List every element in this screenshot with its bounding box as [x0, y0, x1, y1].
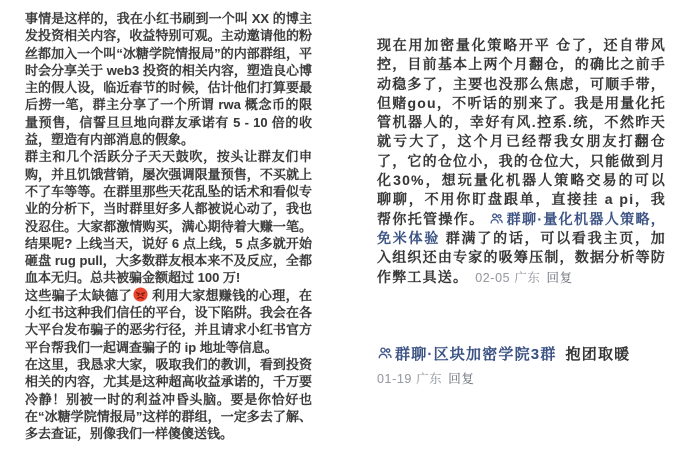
post-paragraph-1: 事情是这样的，我在小红书刷到一个叫 XX 的博主发投资相关内容，收益特别可观。主…	[25, 10, 312, 148]
post-body: 事情是这样的，我在小红书刷到一个叫 XX 的博主发投资相关内容，收益特别可观。主…	[25, 10, 312, 442]
angry-face-emoji	[133, 287, 148, 302]
post-paragraph-2: 群主和几个活跃分子天天鼓吹，按头让群友们申购，并且饥饿营销，屡次强调限量预售，不…	[25, 148, 312, 286]
group-chat-icon	[489, 211, 504, 226]
group-chat-icon	[377, 345, 393, 361]
comment-body-text: 现在用加密量化策略开平 仓了，还自带风控，目前基本上两个月翻仓，的确比之前手动稳…	[377, 37, 666, 227]
comment-suffix-text: 抱团取暖	[566, 346, 631, 363]
post-paragraph-3: 这些骗子太缺德了利用大家想赚钱的心理，在小红书这种我们信任的平台，设下陷阱。我会…	[25, 287, 312, 356]
comment-location: 广东	[514, 271, 540, 285]
comment-meta: 01-19 广东回复	[377, 369, 666, 390]
comment-quant-bot: 现在用加密量化策略开平 仓了，还自带风控，目前基本上两个月翻仓，的确比之前手动稳…	[377, 36, 666, 288]
comment-date: 01-19	[377, 372, 412, 386]
comment-location: 广东	[416, 372, 442, 386]
post-paragraph-3-text-before: 这些骗子太缺德了	[25, 288, 132, 303]
comment-crypto-academy: 群聊·区块加密学院3群抱团取暖 01-19 广东回复	[377, 344, 666, 390]
group-chat-link-crypto-academy[interactable]: 群聊·区块加密学院3群	[377, 346, 557, 363]
comment-date: 02-05	[475, 271, 510, 285]
screenshot-root: 事情是这样的，我在小红书刷到一个叫 XX 的博主发投资相关内容，收益特别可观。主…	[0, 0, 680, 453]
group-chat-link-label: 群聊·区块加密学院3群	[395, 346, 557, 363]
comment-meta: 02-05 广东回复	[475, 271, 572, 285]
post-paragraph-4: 在这里，我恳求大家，吸取我们的教训，看到投资相关的内容，尤其是这种超高收益承诺的…	[25, 356, 312, 442]
comments-section: 现在用加密量化策略开平 仓了，还自带风控，目前基本上两个月翻仓，的确比之前手动稳…	[377, 36, 666, 390]
reply-button[interactable]: 回复	[448, 372, 474, 386]
reply-button[interactable]: 回复	[546, 271, 572, 285]
